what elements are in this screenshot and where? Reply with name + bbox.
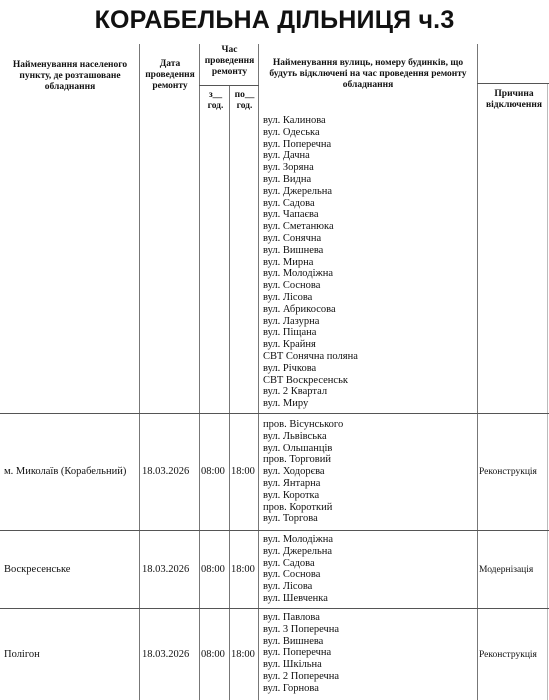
street-item: вул. Садова [263,198,358,210]
street-item: вул. Лазурна [263,316,358,328]
reason-cell: Реконструкція [479,649,537,661]
street-item: вул. Павлова [263,612,339,624]
street-item: вул. Львівська [263,431,343,443]
reason-cell: Модернізація [479,564,533,576]
street-item: вул. Ходорєва [263,466,343,478]
street-item: вул. Янтарна [263,478,343,490]
street-item: вул. Молодіжна [263,268,358,280]
street-item: вул. 3 Поперечна [263,624,339,636]
street-item: вул. Піщана [263,327,358,339]
street-list: пров. Вісунськоговул. Львівськавул. Ольш… [263,419,343,525]
settlement-cell: Полігон [4,649,40,661]
street-item: вул. Крайня [263,339,358,351]
street-item: вул. Соснова [263,569,333,581]
time-to-cell: 18:00 [231,564,255,576]
street-item: вул. Ольшанців [263,443,343,455]
street-item: вул. Джерельна [263,186,358,198]
header-time-from: з__ год. [202,90,229,112]
street-item: вул. 2 Квартал [263,386,358,398]
street-item: вул. Горнова [263,683,339,695]
time-to-cell: 18:00 [231,466,255,478]
street-item: пров. Торговий [263,454,343,466]
street-item: вул. Шкільна [263,659,339,671]
street-item: вул. Калинова [263,115,358,127]
date-cell: 18.03.2026 [142,564,189,576]
street-list: вул. Молодіжнавул. Джерельнавул. Садовав… [263,534,333,605]
page-title: КОРАБЕЛЬНА ДІЛЬНИЦЯ ч.3 [0,6,549,35]
street-list: вул. Калиновавул. Одеськавул. Поперечнав… [263,115,358,410]
grid-line [477,44,478,700]
street-item: вул. Джерельна [263,546,333,558]
street-list: вул. Павловавул. 3 Поперечнавул. Вишнева… [263,612,339,695]
settlement-cell: м. Миколаїв (Корабельний) [4,466,126,478]
street-item: вул. Сонячна [263,233,358,245]
street-item: вул. Річкова [263,363,358,375]
street-item: вул. Дачна [263,150,358,162]
grid-line [258,44,259,700]
header-reason: Причина відключення [479,89,549,111]
street-item: вул. Сметанюка [263,221,358,233]
street-item: СВТ Воскресенськ [263,375,358,387]
grid-line [199,85,259,86]
street-item: вул. Чапаєва [263,209,358,221]
street-item: вул. Лісова [263,292,358,304]
street-item: вул. Поперечна [263,647,339,659]
street-item: вул. Вишнева [263,245,358,257]
reason-cell: Реконструкція [479,466,537,478]
grid-line [0,413,549,414]
header-settlement: Найменування населеного пункту, де розта… [4,60,136,93]
time-from-cell: 08:00 [201,564,225,576]
street-item: вул. Зоряна [263,162,358,174]
street-item: вул. Поперечна [263,139,358,151]
date-cell: 18.03.2026 [142,466,189,478]
grid-line [477,83,549,84]
street-item: вул. Мирна [263,257,358,269]
grid-line [0,530,549,531]
street-item: СВТ Сонячна поляна [263,351,358,363]
street-item: пров. Короткий [263,502,343,514]
street-item: вул. Шевченка [263,593,333,605]
grid-line [0,608,549,609]
street-item: вул. Садова [263,558,333,570]
grid-line [199,44,200,700]
time-to-cell: 18:00 [231,649,255,661]
street-item: вул. Соснова [263,280,358,292]
street-item: вул. 2 Поперечна [263,671,339,683]
header-time-group: Час проведення ремонту [201,45,258,78]
time-from-cell: 08:00 [201,649,225,661]
street-item: вул. Миру [263,398,358,410]
header-streets: Найменування вулиць, номеру будинків, що… [262,58,474,91]
street-item: вул. Молодіжна [263,534,333,546]
street-item: вул. Лісова [263,581,333,593]
header-time-to: по__ год. [231,90,258,112]
street-item: вул. Вишнева [263,636,339,648]
street-item: вул. Коротка [263,490,343,502]
street-item: вул. Абрикосова [263,304,358,316]
date-cell: 18.03.2026 [142,649,189,661]
settlement-cell: Воскресенське [4,564,70,576]
header-date: Дата проведення ремонту [141,59,199,92]
street-item: вул. Одеська [263,127,358,139]
street-item: вул. Видна [263,174,358,186]
time-from-cell: 08:00 [201,466,225,478]
grid-line [139,44,140,700]
street-item: вул. Торгова [263,513,343,525]
street-item: пров. Вісунського [263,419,343,431]
